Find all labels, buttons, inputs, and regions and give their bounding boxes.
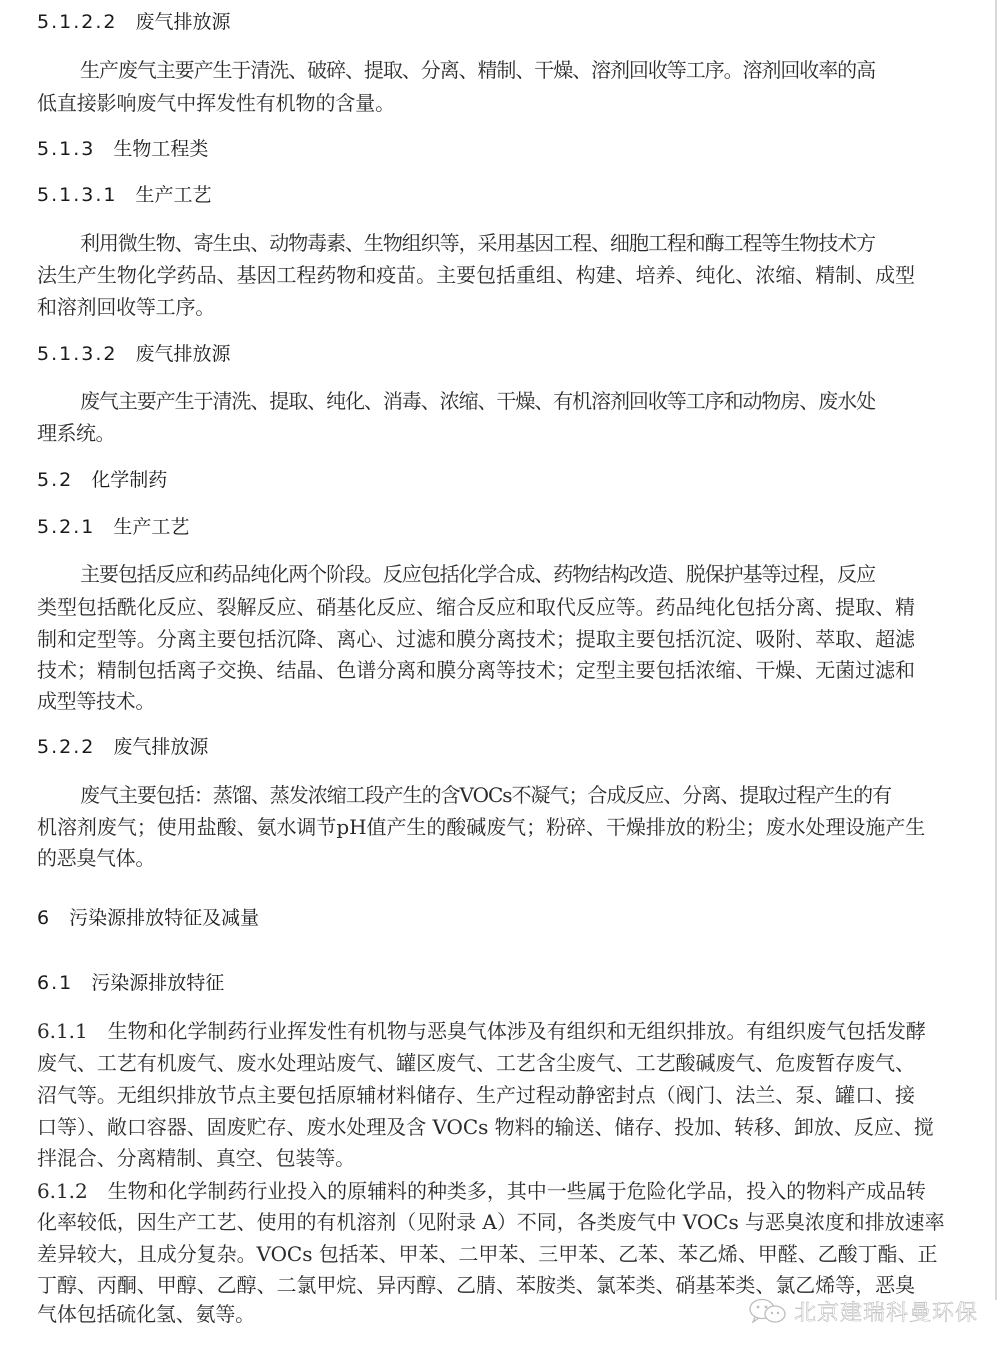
section-title: 废气排放源 [135, 11, 230, 33]
section-heading: 5.1.3生物工程类 [37, 137, 208, 161]
section-heading: 5.1.2.2废气排放源 [37, 10, 231, 34]
section-title: 生产工艺 [113, 516, 189, 538]
section-title: 生产工艺 [135, 184, 211, 206]
paragraph-line: 废气主要包括：蒸馏、蒸发浓缩工段产生的含VOCs不凝气；合成反应、分离、提取过程… [80, 782, 1000, 808]
paragraph-line: 废气主要产生于清洗、提取、纯化、消毒、浓缩、干燥、有机溶剂回收等工序和动物房、废… [80, 388, 1000, 414]
paragraph-line: 的恶臭气体。 [37, 845, 972, 871]
document-page: 5.1.2.2废气排放源生产废气主要产生于清洗、破碎、提取、分离、精制、干燥、溶… [0, 0, 1000, 1356]
section-number: 5.2.2 [37, 735, 95, 759]
paragraph-line: 沼气等。无组织排放节点主要包括原辅材料储存、生产过程动静密封点（阀门、法兰、泵、… [37, 1082, 972, 1108]
paragraph-line: 口等）、敞口容器、固废贮存、废水处理及含 VOCs 物料的输送、储存、投加、转移… [37, 1114, 972, 1140]
section-heading: 5.1.3.2废气排放源 [37, 342, 231, 366]
paragraph-line: 拌混合、分离精制、真空、包装等。 [37, 1145, 972, 1171]
section-number: 5.2 [37, 468, 73, 492]
paragraph-line: 类型包括酰化反应、裂解反应、硝基化反应、缩合反应和取代反应等。药品纯化包括分离、… [37, 594, 972, 620]
paragraph-line: 丁醇、丙酮、甲醇、乙醇、二氯甲烷、异丙醇、乙腈、苯胺类、氯苯类、硝基苯类、氯乙烯… [37, 1272, 972, 1298]
watermark: 北京建瑞科曼环保 [748, 1296, 978, 1326]
section-heading: 5.2.1生产工艺 [37, 515, 189, 539]
section-title: 污染源排放特征 [91, 972, 224, 994]
section-heading: 5.2化学制药 [37, 468, 167, 492]
section-title: 污染源排放特征及减量 [69, 907, 259, 929]
paragraph-line: 6.1.2 生物和化学制药行业投入的原辅料的种类多，其中一些属于危险化学品，投入… [37, 1178, 972, 1204]
watermark-text: 北京建瑞科曼环保 [794, 1296, 978, 1327]
section-heading: 6污染源排放特征及减量 [37, 906, 259, 930]
section-title: 生物工程类 [113, 138, 208, 160]
section-heading: 6.1污染源排放特征 [37, 971, 224, 995]
page-edge-divider [995, 0, 997, 1300]
section-heading: 5.2.2废气排放源 [37, 735, 208, 759]
section-heading: 5.1.3.1生产工艺 [37, 183, 212, 207]
paragraph-line: 法生产生物化学药品、基因工程药物和疫苗。主要包括重组、构建、培养、纯化、浓缩、精… [37, 262, 972, 288]
paragraph-line: 技术；精制包括离子交换、结晶、色谱分离和膜分离等技术；定型主要包括浓缩、干燥、无… [37, 657, 972, 683]
paragraph-line: 成型等技术。 [37, 688, 972, 714]
section-number: 5.1.3.1 [37, 183, 117, 207]
paragraph-line: 制和定型等。分离主要包括沉降、离心、过滤和膜分离技术；提取主要包括沉淀、吸附、萃… [37, 626, 972, 652]
section-number: 6 [37, 906, 51, 930]
section-title: 废气排放源 [135, 343, 230, 365]
section-number: 5.1.3.2 [37, 342, 117, 366]
paragraph-line: 利用微生物、寄生虫、动物毒素、生物组织等，采用基因工程、细胞工程和酶工程等生物技… [80, 230, 1000, 256]
paragraph-line: 6.1.1 生物和化学制药行业挥发性有机物与恶臭气体涉及有组织和无组织排放。有组… [37, 1018, 972, 1044]
paragraph-line: 主要包括反应和药品纯化两个阶段。反应包括化学合成、药物结构改造、脱保护基等过程，… [80, 561, 1000, 587]
paragraph-line: 低直接影响废气中挥发性有机物的含量。 [37, 90, 972, 116]
section-title: 废气排放源 [113, 736, 208, 758]
paragraph-line: 生产废气主要产生于清洗、破碎、提取、分离、精制、干燥、溶剂回收等工序。溶剂回收率… [80, 57, 1000, 83]
paragraph-line: 差异较大，且成分复杂。VOCs 包括苯、甲苯、二甲苯、三甲苯、乙苯、苯乙烯、甲醛… [37, 1241, 972, 1267]
paragraph-line: 废气、工艺有机废气、废水处理站废气、罐区废气、工艺含尘废气、工艺酸碱废气、危废暂… [37, 1050, 972, 1076]
section-number: 6.1 [37, 971, 73, 995]
section-number: 5.1.3 [37, 137, 95, 161]
section-number: 5.2.1 [37, 515, 95, 539]
paragraph-line: 化率较低，因生产工艺、使用的有机溶剂（见附录 A）不同，各类废气中 VOCs 与… [37, 1209, 972, 1235]
paragraph-line: 和溶剂回收等工序。 [37, 294, 972, 320]
paragraph-line: 理系统。 [37, 420, 972, 446]
section-title: 化学制药 [91, 469, 167, 491]
paragraph-line: 机溶剂废气；使用盐酸、氨水调节pH值产生的酸碱废气；粉碎、干燥排放的粉尘；废水处… [37, 814, 972, 840]
wechat-icon [748, 1297, 788, 1325]
section-number: 5.1.2.2 [37, 10, 117, 34]
